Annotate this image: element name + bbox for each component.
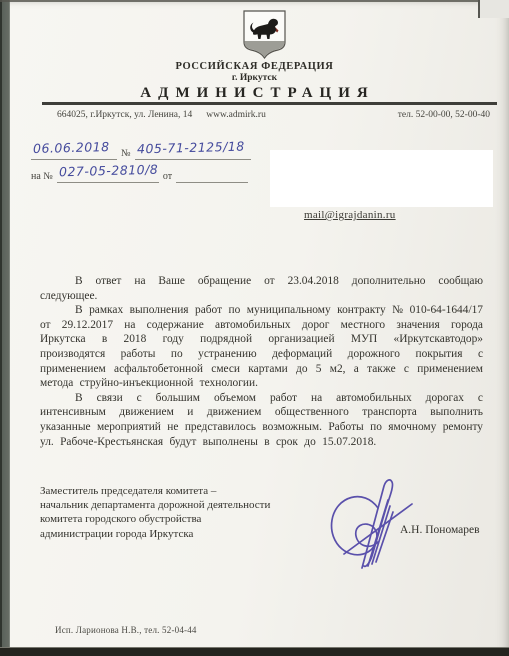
recipient-email: mail@igrajdanin.ru (304, 209, 396, 221)
redaction-box (270, 150, 493, 207)
reference-row-outgoing: 06.06.2018 № 405-71-2125/18 (31, 138, 251, 160)
letter-body: В ответ на Ваше обращение от 23.04.2018 … (40, 274, 483, 449)
executor-line: Исп. Ларионова Н.В., тел. 52-04-44 (55, 625, 197, 635)
incoming-label: на № (31, 171, 57, 183)
handwritten-signature-icon (320, 470, 418, 574)
outgoing-number-field: 405-71-2125/18 (135, 139, 251, 160)
handwritten-outgoing-date: 06.06.2018 (33, 139, 110, 156)
scan-corner-shade (480, 0, 509, 18)
signer-name: А.Н. Пономарев (400, 524, 480, 536)
body-paragraph-2: В рамках выполнения работ по муниципальн… (40, 303, 483, 391)
scan-corner-line (478, 0, 480, 18)
signer-position-line-4: администрации города Иркутска (40, 527, 270, 541)
handwritten-incoming-number: 027-05-2810/8 (59, 162, 159, 180)
scanned-letter-page: РОССИЙСКАЯ ФЕДЕРАЦИЯ г. Иркутск АДМИНИСТ… (0, 0, 509, 656)
header-contacts: 664025, г.Иркутск, ул. Ленина, 14www.adm… (57, 110, 490, 120)
incoming-number-field: 027-05-2810/8 (57, 162, 159, 183)
header-city: г. Иркутск (0, 73, 509, 83)
body-paragraph-1: В ответ на Ваше обращение от 23.04.2018 … (40, 274, 483, 303)
signer-position-block: Заместитель председателя комитета – нача… (40, 484, 270, 541)
header-country: РОССИЙСКАЯ ФЕДЕРАЦИЯ (0, 61, 509, 72)
number-sign-label: № (117, 148, 135, 160)
outgoing-date-field: 06.06.2018 (31, 139, 117, 160)
signer-position-line-2: начальник департамента дорожной деятельн… (40, 498, 270, 512)
from-label: от (159, 171, 176, 183)
reference-row-incoming: на № 027-05-2810/8 от (31, 161, 248, 183)
website: www.admirk.ru (206, 110, 266, 120)
scan-top-edge (0, 0, 509, 2)
header-rule (42, 102, 497, 105)
postal-address: 664025, г.Иркутск, ул. Ленина, 14 (57, 110, 192, 120)
scan-bottom-edge (0, 647, 509, 656)
irkutsk-coat-of-arms-icon (241, 9, 288, 59)
body-paragraph-3: В связи с большим объемом работ на автом… (40, 391, 483, 449)
handwritten-outgoing-number: 405-71-2125/18 (136, 139, 244, 157)
signer-position-line-1: Заместитель председателя комитета – (40, 484, 270, 498)
header-phone: тел. 52-00-00, 52-00-40 (398, 110, 490, 120)
signer-position-line-3: комитета городского обустройства (40, 512, 270, 526)
from-date-empty-field (176, 162, 248, 183)
header-address-line: 664025, г.Иркутск, ул. Ленина, 14www.adm… (57, 110, 266, 120)
